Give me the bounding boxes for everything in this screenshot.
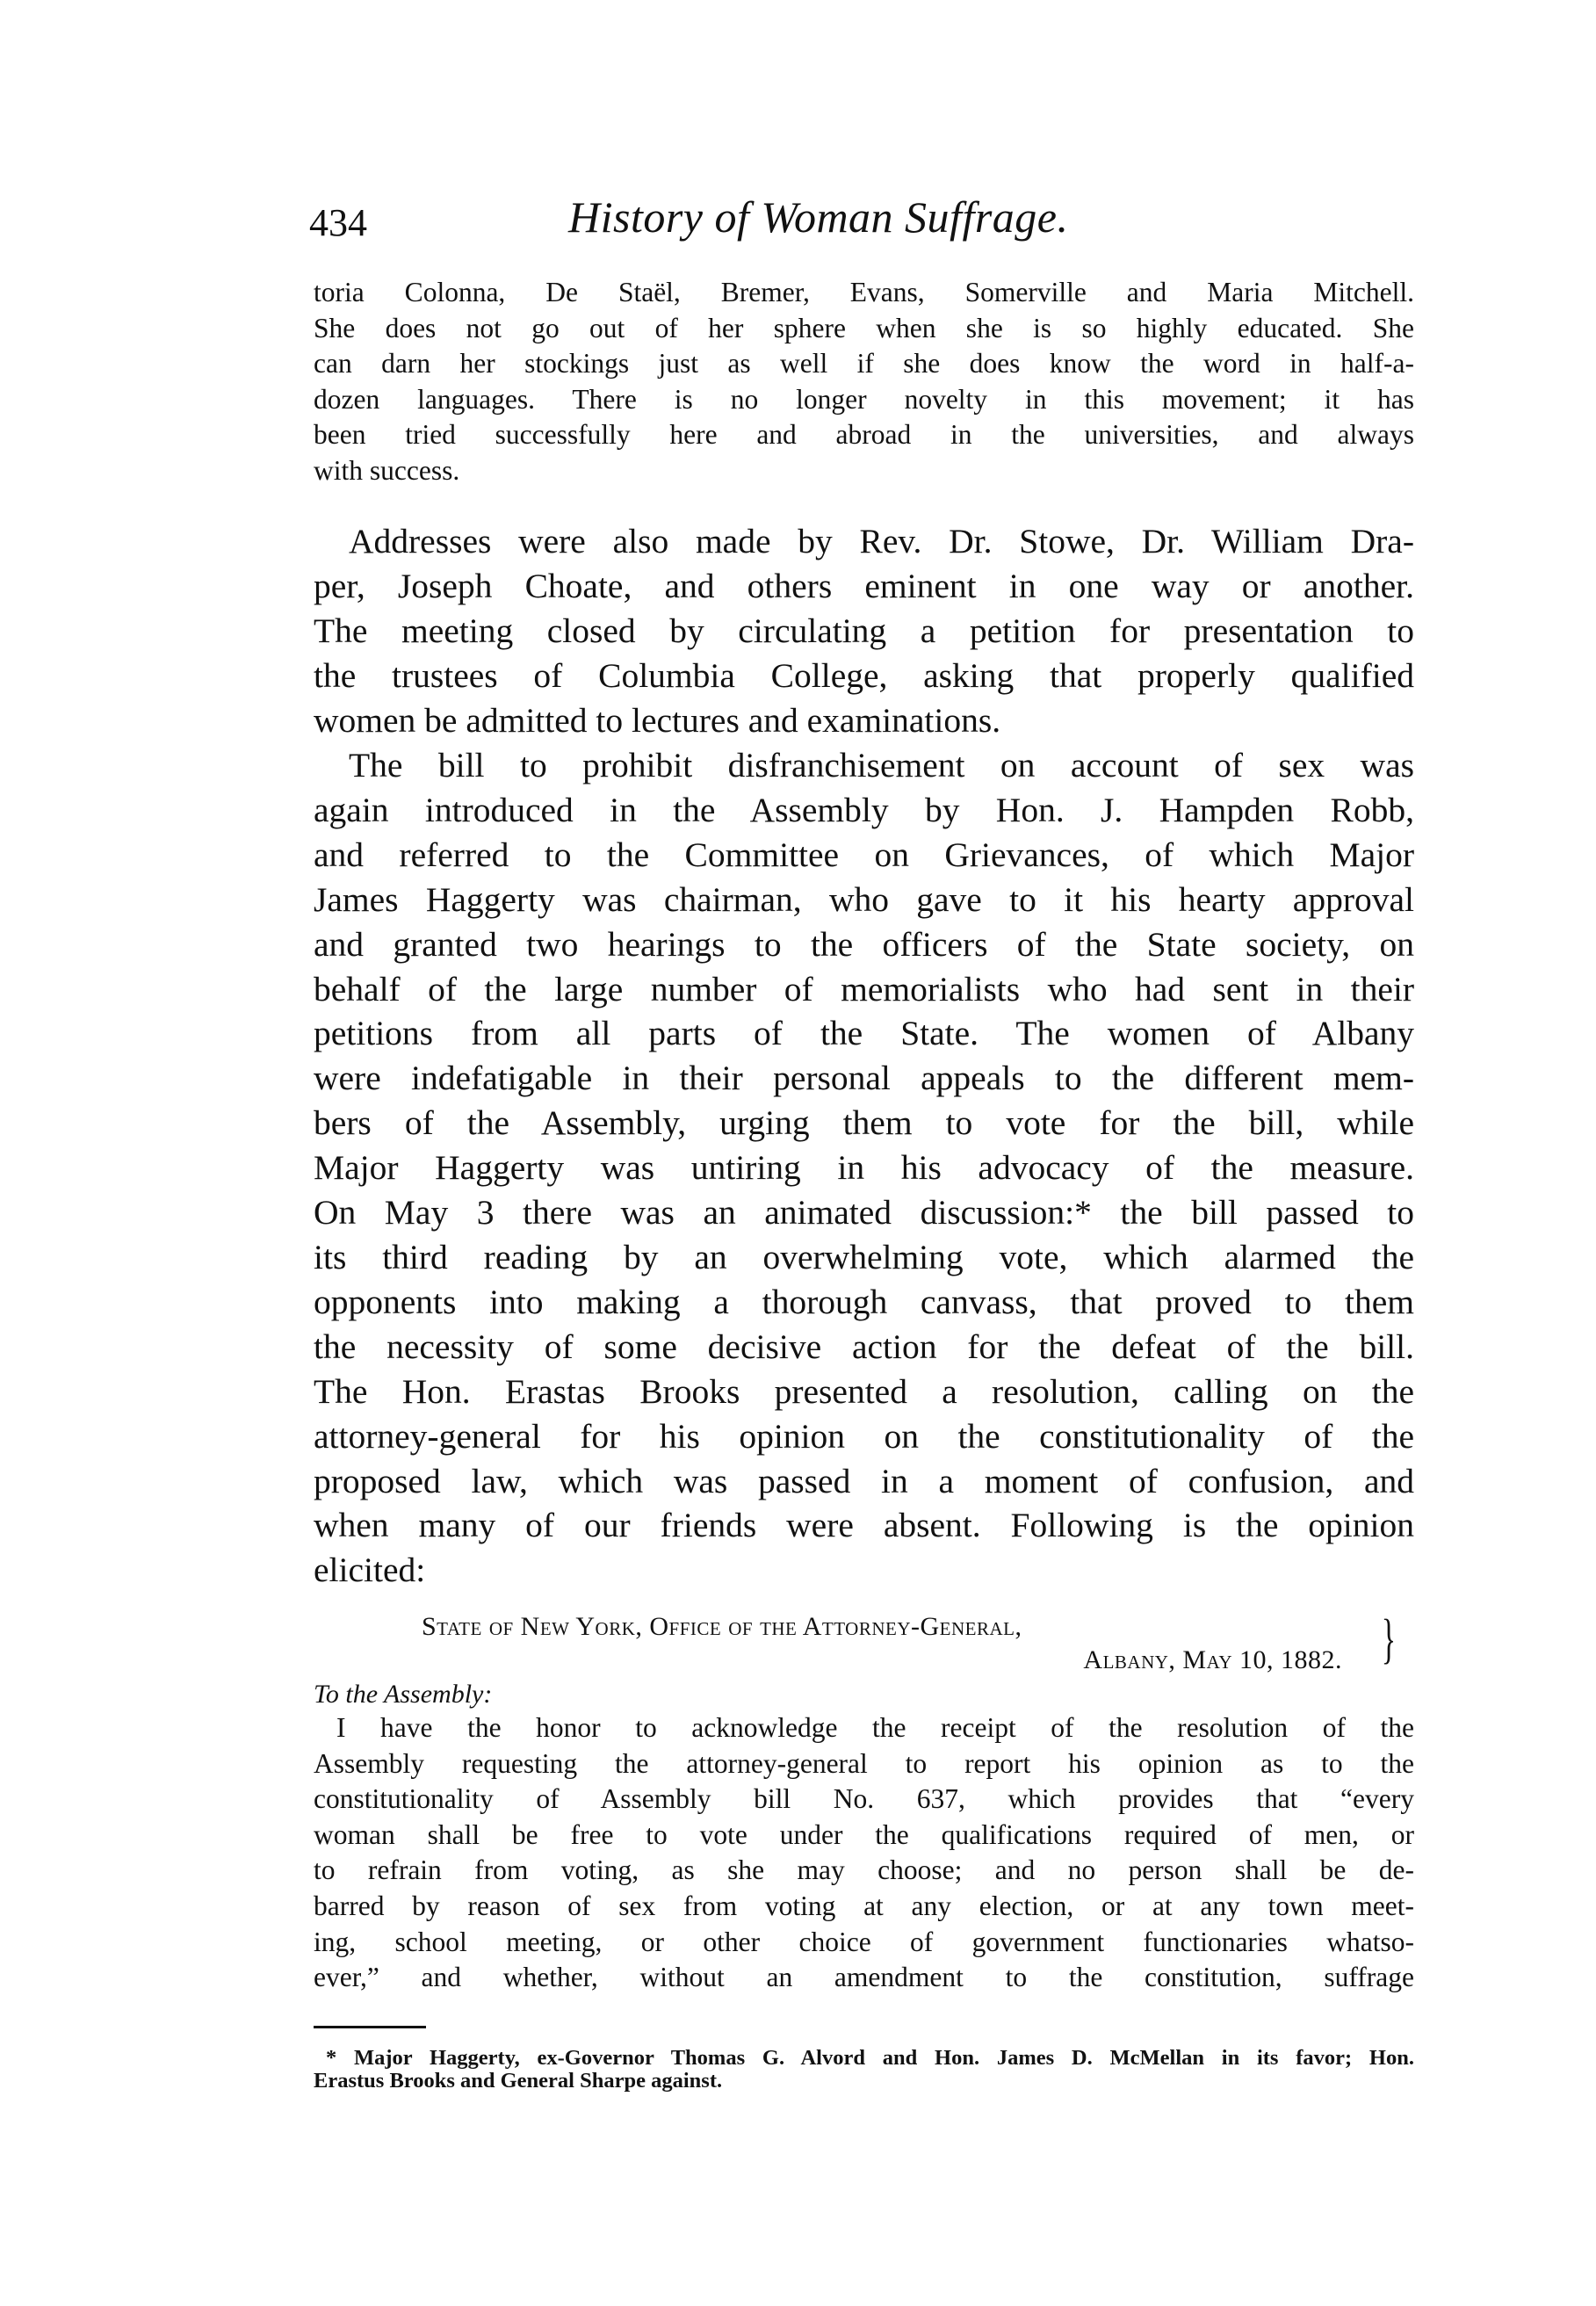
footnote-divider: [314, 2026, 426, 2028]
letter-body: I have the honor to acknowledge the rece…: [314, 1710, 1414, 1996]
text-line: behalf of the large number of memorialis…: [314, 967, 1414, 1012]
text-line: James Haggerty was chairman, who gave to…: [314, 878, 1414, 922]
running-title: History of Woman Suffrage.: [568, 192, 1069, 242]
book-page: 434 History of Woman Suffrage. toria Col…: [0, 0, 1596, 2306]
text-line: elicited:: [314, 1548, 1414, 1593]
text-line: its third reading by an overwhelming vot…: [314, 1235, 1414, 1280]
text-line: women be admitted to lectures and examin…: [314, 698, 1414, 743]
text-line: woman shall be free to vote under the qu…: [314, 1818, 1414, 1854]
text-line: Assembly requesting the attorney-general…: [314, 1746, 1414, 1782]
text-line: to refrain from voting, as she may choos…: [314, 1853, 1414, 1889]
text-line: Major Haggerty was untiring in his advoc…: [314, 1146, 1414, 1190]
text-line: the necessity of some decisive action fo…: [314, 1325, 1414, 1370]
text-line: were indefatigable in their personal app…: [314, 1056, 1414, 1101]
text-line: dozen languages. There is no longer nove…: [314, 382, 1414, 418]
text-line: the trustees of Columbia College, asking…: [314, 654, 1414, 698]
text-line: The Hon. Erastas Brooks presented a reso…: [314, 1370, 1414, 1414]
text-line: ever,” and whether, without an amendment…: [314, 1960, 1414, 1996]
text-line: per, Joseph Choate, and others eminent i…: [314, 564, 1414, 609]
text-line: again introduced in the Assembly by Hon.…: [314, 788, 1414, 833]
text-line: petitions from all parts of the State. T…: [314, 1011, 1414, 1056]
text-line: toria Colonna, De Staël, Bremer, Evans, …: [314, 275, 1414, 311]
text-line: constitutionality of Assembly bill No. 6…: [314, 1782, 1414, 1818]
page-number: 434: [309, 200, 367, 245]
letterhead-place-date: Albany, May 10, 1882.: [422, 1644, 1397, 1677]
text-line: On May 3 there was an animated discussio…: [314, 1190, 1414, 1235]
footnote-line: * Major Haggerty, ex-Governor Thomas G. …: [314, 2047, 1414, 2070]
text-line: and granted two hearings to the officers…: [314, 922, 1414, 967]
footnote-line: Erastus Brooks and General Sharpe agains…: [314, 2070, 1414, 2093]
text-line: can darn her stockings just as well if s…: [314, 346, 1414, 382]
text-line: She does not go out of her sphere when s…: [314, 311, 1414, 347]
salutation: To the Assembly:: [314, 1680, 492, 1710]
footnote: * Major Haggerty, ex-Governor Thomas G. …: [314, 2047, 1414, 2093]
text-line: barred by reason of sex from voting at a…: [314, 1889, 1414, 1925]
text-line: The bill to prohibit disfranchisement on…: [314, 743, 1414, 788]
brace-icon: }: [1382, 1612, 1396, 1666]
paragraph-addresses: Addresses were also made by Rev. Dr. Sto…: [314, 519, 1414, 743]
paragraph-bill: The bill to prohibit disfranchisement on…: [314, 743, 1414, 1593]
text-line: with success.: [314, 453, 1414, 489]
text-line: I have the honor to acknowledge the rece…: [314, 1710, 1414, 1746]
text-line: been tried successfully here and abroad …: [314, 417, 1414, 453]
letterhead: State of New York, Office of the Attorne…: [422, 1610, 1397, 1677]
text-line: and referred to the Committee on Grievan…: [314, 833, 1414, 878]
text-line: proposed law, which was passed in a mome…: [314, 1459, 1414, 1504]
opening-quote: toria Colonna, De Staël, Bremer, Evans, …: [314, 275, 1414, 489]
text-line: when many of our friends were absent. Fo…: [314, 1503, 1414, 1548]
running-head: 434 History of Woman Suffrage.: [309, 192, 1416, 244]
letterhead-office: State of New York, Office of the Attorne…: [422, 1610, 1397, 1644]
text-line: The meeting closed by circulating a peti…: [314, 609, 1414, 654]
text-line: opponents into making a thorough canvass…: [314, 1280, 1414, 1325]
text-line: ing, school meeting, or other choice of …: [314, 1925, 1414, 1961]
text-line: Addresses were also made by Rev. Dr. Sto…: [314, 519, 1414, 564]
text-line: attorney-general for his opinion on the …: [314, 1414, 1414, 1459]
text-line: bers of the Assembly, urging them to vot…: [314, 1101, 1414, 1146]
